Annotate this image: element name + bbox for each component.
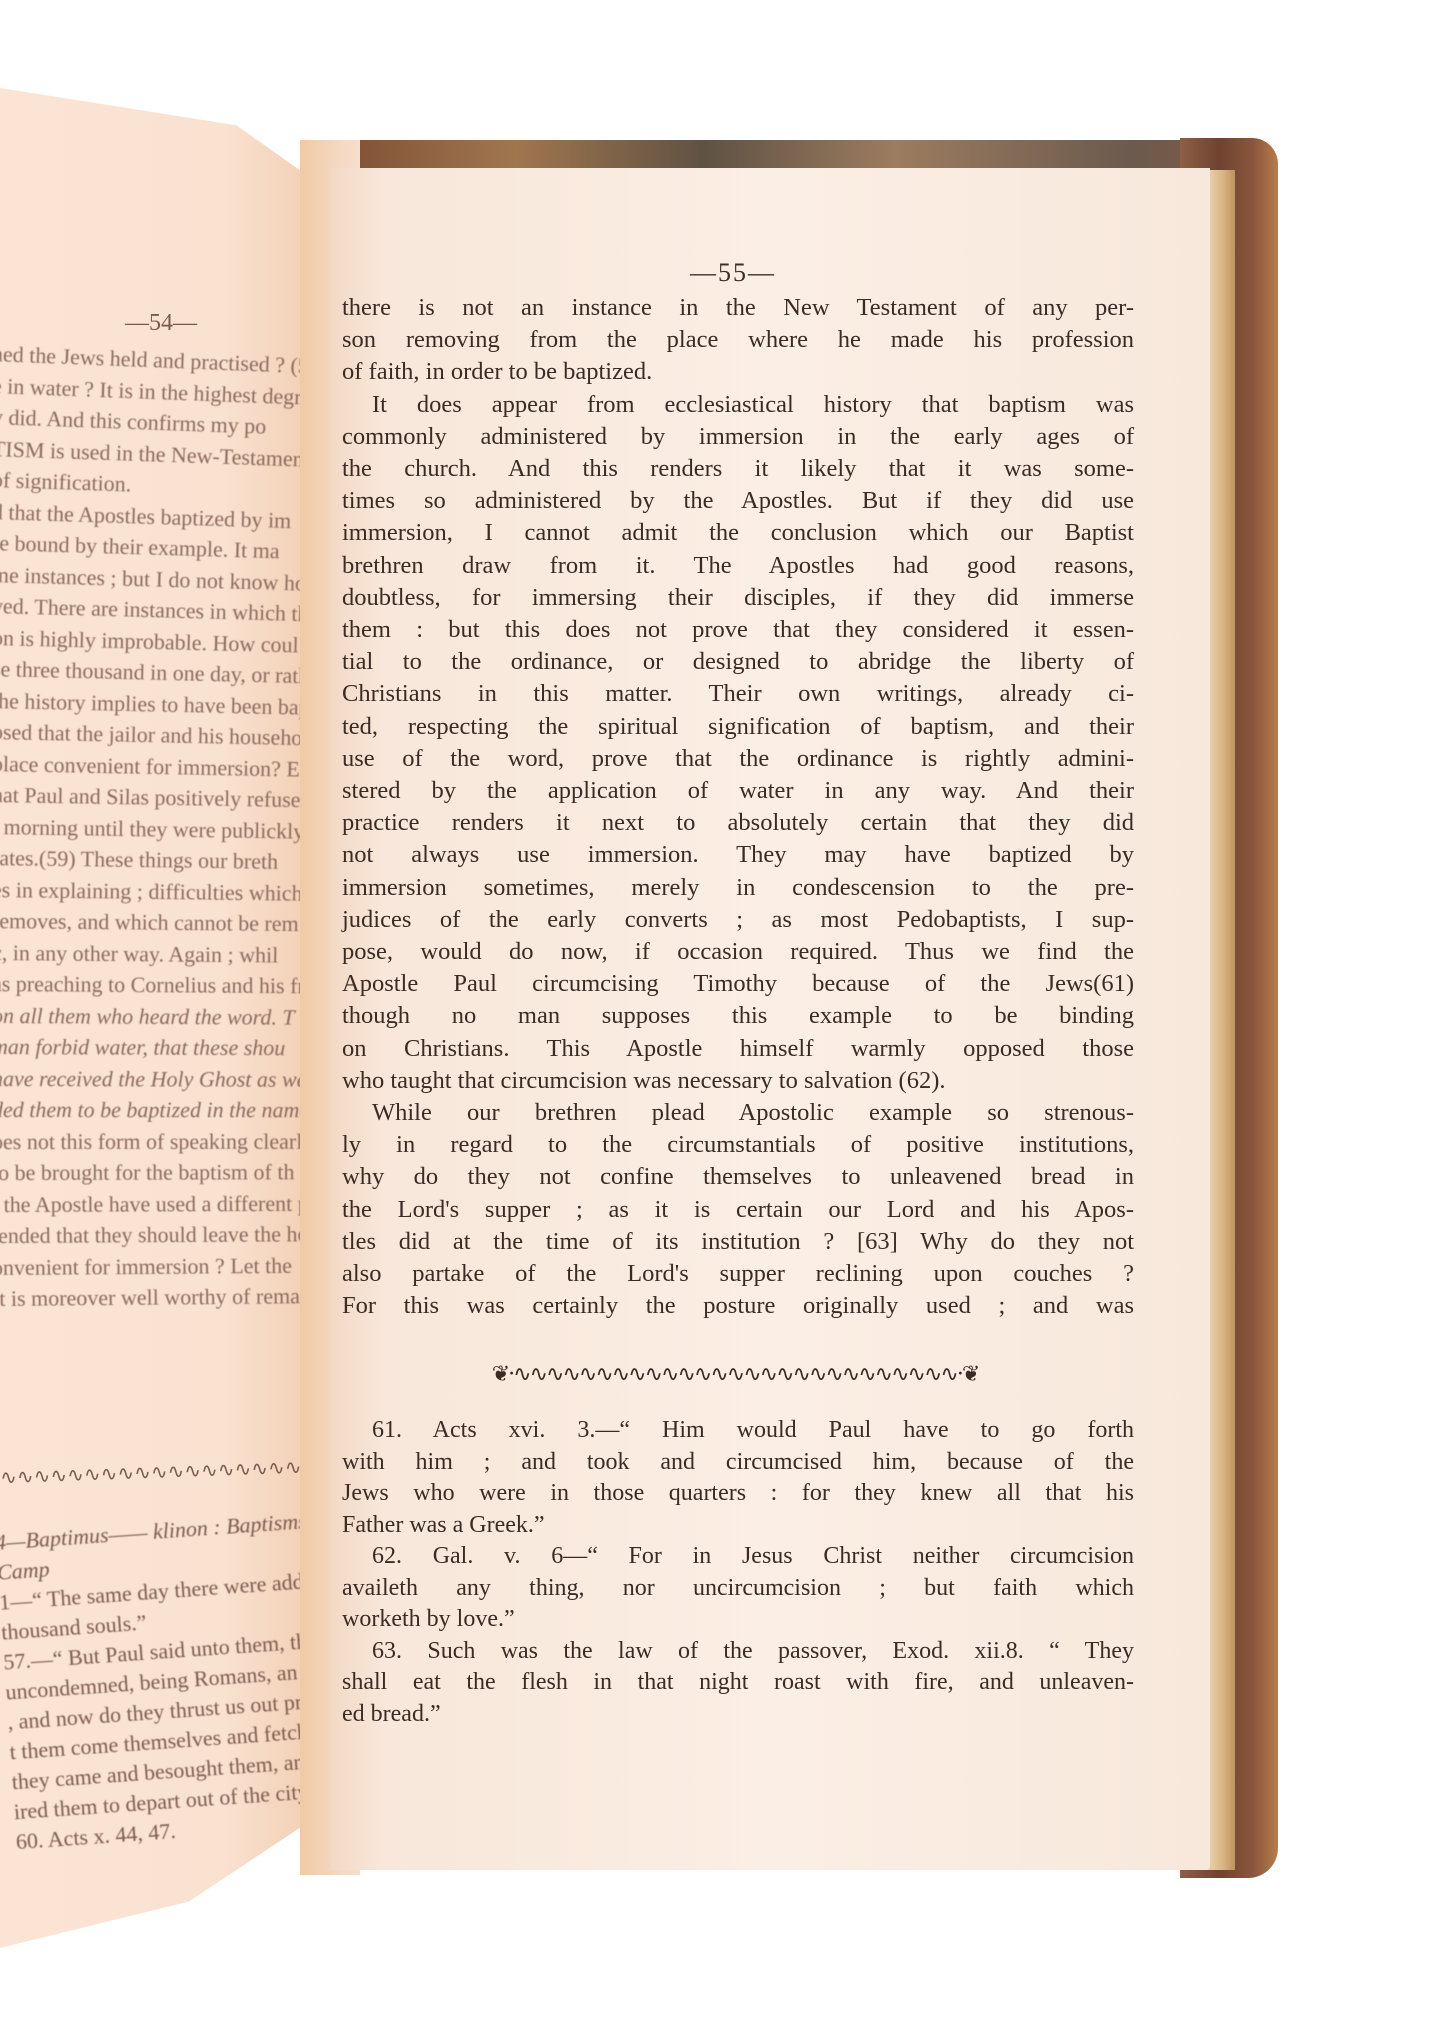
body-text-line: While our brethren plead Apostolic examp…: [342, 1097, 1134, 1129]
left-body-text-line: hat Paul and Silas positively refused: [0, 779, 304, 816]
body-text-line: the Lord's supper ; as it is certain our…: [342, 1194, 1134, 1226]
left-page-ornament: ∿∿∿∿∿∿∿∿∿∿∿∿∿∿∿∿∿∿∿∿❦: [0, 1455, 300, 1489]
body-text-line: ted, respecting the spiritual significat…: [342, 711, 1134, 743]
body-text-line: who taught that circumcision was necessa…: [342, 1065, 1134, 1097]
body-text-line: Apostle Paul circumcising Timothy becaus…: [342, 968, 1134, 1000]
left-body-text-line: t morning until they were publickly d: [0, 811, 304, 847]
left-body-text-line: man forbid water, that these shou: [0, 1031, 304, 1064]
body-text-line: immersion sometimes, merely in condescen…: [342, 872, 1134, 904]
ornament-divider: ❦·∿∿∿∿∿∿∿∿∿∿∿∿∿∿∿∿∿∿∿∿∿∿∿∿∿∿∿·❦: [455, 1362, 1015, 1388]
left-body-text-line: to be brought for the baptism of th: [0, 1156, 304, 1188]
left-body-text-line: c, in any other way. Again ; whil: [0, 937, 304, 971]
body-text-line: on Christians. This Apostle himself warm…: [342, 1033, 1134, 1065]
footnote-line: 62. Gal. v. 6—“ For in Jesus Christ neit…: [342, 1541, 1134, 1573]
body-text-line: though no man supposes this example to b…: [342, 1000, 1134, 1032]
footnote-line: shall eat the flesh in that night roast …: [342, 1667, 1134, 1699]
left-body-text-line: It is moreover well worthy of rema: [0, 1280, 304, 1314]
body-text-line: not always use immersion. They may have …: [342, 839, 1134, 871]
body-text-line: son removing from the place where he mad…: [342, 324, 1134, 356]
left-body-text-line: removes, and which cannot be rem: [0, 905, 304, 940]
footnote-line: 61. Acts xvi. 3.—“ Him would Paul have t…: [342, 1415, 1134, 1447]
body-text-line: also partake of the Lord's supper reclin…: [342, 1258, 1134, 1290]
left-body-text-line: oes not this form of speaking clearl: [0, 1125, 304, 1157]
left-body-text-line: on all them who heard the word. T: [0, 1000, 304, 1033]
body-text-line: why do they not confine themselves to un…: [342, 1161, 1134, 1193]
body-text-line: them : but this does not prove that they…: [342, 614, 1134, 646]
body-text-line: practice renders it next to absolutely c…: [342, 807, 1134, 839]
body-text-line: tles did at the time of its institution …: [342, 1226, 1134, 1258]
body-text-line: the church. And this renders it likely t…: [342, 453, 1134, 485]
body-text-line: there is not an instance in the New Test…: [342, 292, 1134, 324]
footnote-line: worketh by love.”: [342, 1604, 1134, 1636]
body-text-line: doubtless, for immersing their disciples…: [342, 582, 1134, 614]
body-text-line: Christians in this matter. Their own wri…: [342, 678, 1134, 710]
footnote-line: Father was a Greek.”: [342, 1510, 1134, 1542]
footnote-line: availeth any thing, nor uncircumcision ;…: [342, 1573, 1134, 1605]
left-body-text-line: t the Apostle have used a different p: [0, 1187, 304, 1220]
footnote-line: Jews who were in those quarters : for th…: [342, 1478, 1134, 1510]
body-text-line: brethren draw from it. The Apostles had …: [342, 550, 1134, 582]
body-text-line: commonly administered by immersion in th…: [342, 421, 1134, 453]
body-text-line: immersion, I cannot admit the conclusion…: [342, 517, 1134, 549]
book-top-edge: [325, 140, 1275, 170]
body-text-line: ly in regard to the circumstantials of p…: [342, 1129, 1134, 1161]
right-page-body: there is not an instance in the New Test…: [342, 292, 1134, 1323]
body-text-line: tial to the ordinance, or designed to ab…: [342, 646, 1134, 678]
left-page: —54— ned the Jews held and practised ? (…: [0, 88, 315, 1948]
left-page-body: ned the Jews held and practised ? (57)e …: [0, 338, 304, 1315]
right-page-number: —55—: [690, 258, 776, 288]
body-text-line: It does appear from ecclesiastical histo…: [342, 389, 1134, 421]
left-body-text-line: tended that they should leave the hou: [0, 1218, 304, 1251]
left-page-number: —54—: [125, 310, 197, 337]
body-text-line: of faith, in order to be baptized.: [342, 356, 1134, 388]
body-text-line: stered by the application of water in an…: [342, 775, 1134, 807]
left-body-text-line: ded them to be baptized in the name: [0, 1094, 304, 1126]
footnote-line: ed bread.”: [342, 1699, 1134, 1731]
footnote-line: 63. Such was the law of the passover, Ex…: [342, 1636, 1134, 1668]
left-body-text-line: as preaching to Cornelius and his frie: [0, 968, 304, 1002]
right-page-footnotes: 61. Acts xvi. 3.—“ Him would Paul have t…: [342, 1415, 1134, 1730]
body-text-line: use of the word, prove that the ordinanc…: [342, 743, 1134, 775]
left-body-text-line: rates.(59) These things our breth: [0, 842, 304, 878]
left-body-text-line: onvenient for immersion ? Let the: [0, 1249, 304, 1283]
left-page-footnotes: 4—Baptimus—— klinon : Baptisms Camp1—“ T…: [0, 1506, 326, 1857]
footnote-line: with him ; and took and circumcised him,…: [342, 1447, 1134, 1479]
left-body-text-line: have received the Holy Ghost as wel: [0, 1063, 304, 1095]
left-body-text-line: es in explaining ; difficulties which: [0, 874, 304, 909]
left-body-text-line: osed that the jailor and his househol: [0, 716, 304, 754]
body-text-line: For this was certainly the posture origi…: [342, 1290, 1134, 1322]
body-text-line: times so administered by the Apostles. B…: [342, 485, 1134, 517]
body-text-line: judices of the early converts ; as most …: [342, 904, 1134, 936]
body-text-line: pose, would do now, if occasion required…: [342, 936, 1134, 968]
